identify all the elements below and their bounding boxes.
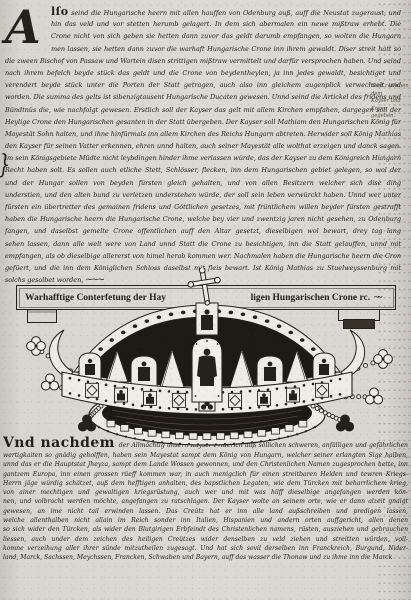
- manuscript-line: Mayestät Sohn halten, und ihne hinfürmal…: [5, 128, 401, 140]
- manuscript-page: A lſo seind die Hungarische heern mit al…: [0, 0, 411, 600]
- central-plaque: [192, 338, 222, 402]
- line-text: seind die Hungarische heern mit allen ha…: [51, 9, 401, 18]
- manuscript-line: nen, und volbracht werden möchte, angefa…: [3, 497, 408, 506]
- manuscript-line: gewesen, an ime nicht tail erwinden lass…: [3, 507, 408, 516]
- manuscript-line: hin das veld und vor stetten herumb gela…: [51, 18, 401, 30]
- margin-note: Sind zwischen dem Kayser und Krona gegeb…: [371, 83, 410, 121]
- top-text-block: A lſo seind die Hungarische heern mit al…: [5, 6, 401, 286]
- manuscript-line: Bündtnüs die, wie nachfolgt gewesen. Ers…: [5, 104, 401, 116]
- manuscript-line: lſo seind die Hungarische heern mit alle…: [51, 6, 401, 18]
- manuscript-line: und der Hungar sollen von beyden fürsten…: [5, 177, 401, 189]
- manuscript-line: komne verzeihung aller ihrer sünde mitzu…: [3, 544, 408, 553]
- manuscript-line: understien, und den alten bund zu verlet…: [5, 189, 401, 201]
- manuscript-line: men lassen, sie hetten dann zuvor die wa…: [51, 43, 401, 55]
- manuscript-line: Herrn jäge würdig schätzet, auß dem heff…: [3, 479, 408, 488]
- side-volute-left: [49, 330, 73, 378]
- margin-note-line: gegeben.: [371, 113, 410, 121]
- margin-bracket: }: [0, 150, 10, 180]
- manuscript-line: Heylige Crone den Hungarischen gesanten …: [5, 116, 401, 128]
- manuscript-line: haben die Hungarische heern die Hungaris…: [5, 213, 401, 225]
- manuscript-line: so sich wider den Türcken, als wider den…: [3, 525, 408, 534]
- manuscript-line: land, Marck, Sachssen, Meychssen, Franck…: [3, 553, 408, 562]
- crown-cross: [186, 268, 224, 308]
- side-volute-right: [341, 330, 365, 378]
- manuscript-line: fangen, und daselbst gemelte Crone offen…: [5, 225, 401, 237]
- manuscript-line: den Kayser für seinen Vatter erkennen, e…: [5, 140, 401, 152]
- apex-plaque: [196, 303, 218, 335]
- manuscript-line: welche allenthalben nicht allain im Reic…: [3, 516, 408, 525]
- manuscript-line: sehen lassen, dann alle welt were von La…: [5, 238, 401, 250]
- drop-cap-initial: A: [5, 6, 49, 50]
- manuscript-line: nach ihrem befelch beyde stück das geldt…: [5, 67, 401, 79]
- manuscript-line: verendert beyde stück unter die Porten d…: [5, 79, 401, 91]
- margin-note-line: Sind zwischen dem: [371, 83, 410, 98]
- drop-cap-rest: lſo: [51, 6, 68, 18]
- crown-engraving: [0, 268, 411, 478]
- manuscript-line: die zween Bischof von Passaw und Wartein…: [5, 55, 401, 67]
- manuscript-line: von ainer mechtigen und gewaltigen krieg…: [3, 488, 408, 497]
- manuscript-line: fürsten ein übertretter des gemainen fri…: [5, 201, 401, 213]
- margin-note-line: Kayser und Krona: [371, 98, 410, 113]
- manuscript-line: liessen, auch under dem zeichen des heil…: [3, 535, 408, 544]
- manuscript-line: empfangen, als ob dieselbige allererst v…: [5, 250, 401, 262]
- manuscript-line: Crone nicht von sich geben sie hetten da…: [51, 30, 401, 42]
- manuscript-line: im sein Königsgebiete Müdte nicht leybdi…: [5, 152, 401, 164]
- manuscript-line: Recht haben solt. Es sollen auch etliche…: [5, 164, 401, 176]
- manuscript-line: worden. Die summa des gelts ist sibenzig…: [5, 91, 401, 103]
